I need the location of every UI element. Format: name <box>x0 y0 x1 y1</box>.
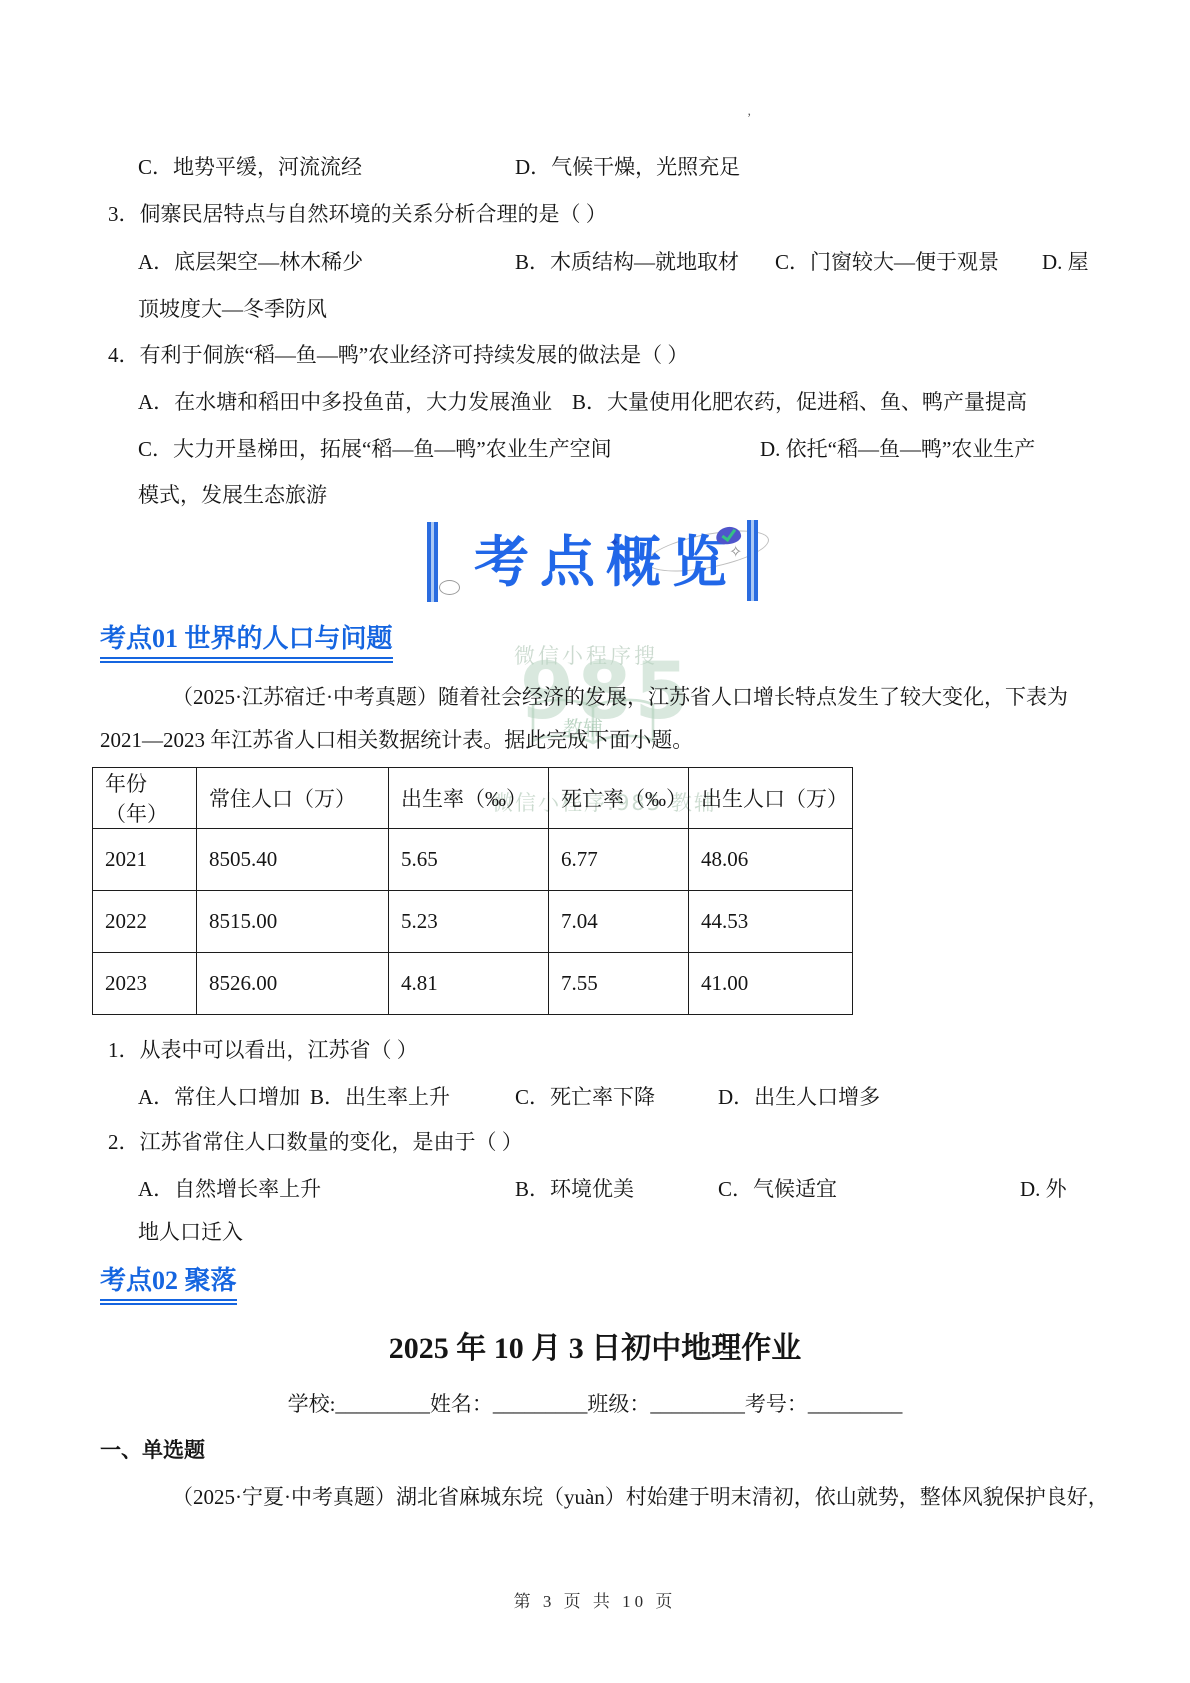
cell-births: 41.00 <box>689 953 853 1015</box>
banner-right-bars <box>747 520 758 601</box>
cell-births: 44.53 <box>689 891 853 953</box>
question-2-option-c: C．气候适宜 <box>718 1177 837 1201</box>
cell-year: 2022 <box>93 891 197 953</box>
col-header-births: 出生人口（万） <box>689 768 853 829</box>
check-icon <box>721 526 736 542</box>
question-4-option-b: B．大量使用化肥农药，促进稻、鱼、鸭产量提高 <box>572 390 1027 414</box>
col-header-birth-rate: 出生率（‰） <box>389 768 549 829</box>
cell-death-rate: 7.04 <box>549 891 689 953</box>
question-4-option-d: D. 依托“稻—鱼—鸭”农业生产 <box>760 437 1035 461</box>
question-4-option-c: C．大力开垦梯田，拓展“稻—鱼—鸭”农业生产空间 <box>138 437 612 461</box>
blue-sparkle-icon: ✦ <box>609 537 620 550</box>
question-2-option-b: B．环境优美 <box>515 1177 634 1201</box>
scan-artifact-mark: ’ <box>747 110 751 126</box>
col-header-death-rate: 死亡率（‰） <box>549 768 689 829</box>
question-3-stem: 3．侗寨民居特点与自然环境的关系分析合理的是（ ） <box>108 202 607 226</box>
table-row-2021: 2021 8505.40 5.65 6.77 48.06 <box>93 829 853 891</box>
question-2-option-d-wrap: 地人口迁入 <box>138 1220 243 1244</box>
question-1-option-b: B．出生率上升 <box>310 1085 450 1109</box>
option-d-climate: D．气候干燥，光照充足 <box>515 155 740 179</box>
homework-fields-line: 学校:_________姓名：_________班级：_________考号：_… <box>0 1392 1190 1416</box>
section-heading-kaodian01: 考点01 世界的人口与问题 <box>100 624 393 659</box>
small-ellipse-decoration <box>439 580 460 595</box>
cell-birth-rate: 5.65 <box>389 829 549 891</box>
cell-year: 2023 <box>93 953 197 1015</box>
kaodian01-intro-line1: （2025·江苏宿迁·中考真题）随着社会经济的发展，江苏省人口增长特点发生了较大… <box>172 685 1068 709</box>
cell-year: 2021 <box>93 829 197 891</box>
banner-title: 考点概览 <box>474 531 738 593</box>
question-3-option-d: D. 屋 <box>1042 250 1089 274</box>
page-footer: 第 3 页 共 10 页 <box>0 1587 1190 1612</box>
exam-document-page: ’ C．地势平缓，河流流经 D．气候干燥，光照充足 3．侗寨民居特点与自然环境的… <box>0 0 1190 1683</box>
question-1-option-a: A．常住人口增加 <box>138 1085 300 1109</box>
table-row-2023: 2023 8526.00 4.81 7.55 41.00 <box>93 953 853 1015</box>
question-3-option-c: C．门窗较大—便于观景 <box>775 250 999 274</box>
cell-death-rate: 6.77 <box>549 829 689 891</box>
cell-death-rate: 7.55 <box>549 953 689 1015</box>
col-header-year: 年份（年） <box>93 768 197 829</box>
section-label-single-choice: 一、单选题 <box>100 1438 205 1462</box>
cell-birth-rate: 4.81 <box>389 953 549 1015</box>
question-3-option-a: A．底层架空—林木稀少 <box>138 250 363 274</box>
question-2-option-d: D. 外 <box>1020 1177 1067 1201</box>
question-1-stem: 1．从表中可以看出，江苏省（ ） <box>108 1038 418 1062</box>
question-2-stem: 2．江苏省常住人口数量的变化，是由于（ ） <box>108 1130 523 1154</box>
section-heading-kaodian02: 考点02 聚落 <box>100 1266 237 1301</box>
sparkle-icon: ✧ <box>729 544 742 560</box>
question-2-option-a: A．自然增长率上升 <box>138 1177 321 1201</box>
kaodian01-intro-line2: 2021—2023 年江苏省人口相关数据统计表。据此完成下面小题。 <box>100 728 693 752</box>
question-4-option-a: A．在水塘和稻田中多投鱼苗，大力发展渔业 <box>138 390 552 414</box>
question-3-option-b: B．木质结构—就地取材 <box>515 250 739 274</box>
cell-resident-population: 8526.00 <box>197 953 389 1015</box>
question-4-stem: 4．有利于侗族“稻—鱼—鸭”农业经济可持续发展的做法是（ ） <box>108 343 688 367</box>
cell-birth-rate: 5.23 <box>389 891 549 953</box>
col-header-resident-population: 常住人口（万） <box>197 768 389 829</box>
cell-resident-population: 8515.00 <box>197 891 389 953</box>
question-1-option-c: C．死亡率下降 <box>515 1085 655 1109</box>
question-3-option-d-wrap: 顶坡度大—冬季防风 <box>138 297 327 321</box>
table-header-row: 年份（年） 常住人口（万） 出生率（‰） 死亡率（‰） 出生人口（万） <box>93 768 853 829</box>
question-1-option-d: D．出生人口增多 <box>718 1085 880 1109</box>
option-c-terrain: C．地势平缓，河流流经 <box>138 155 362 179</box>
homework-title: 2025 年 10 月 3 日初中地理作业 <box>0 1332 1190 1366</box>
homework-intro-paragraph: （2025·宁夏·中考真题）湖北省麻城东垸（yuàn）村始建于明末清初，依山就势… <box>172 1485 1109 1509</box>
cell-resident-population: 8505.40 <box>197 829 389 891</box>
banner-left-bars <box>427 522 438 602</box>
question-4-option-d-wrap: 模式，发展生态旅游 <box>138 483 327 507</box>
population-table: 年份（年） 常住人口（万） 出生率（‰） 死亡率（‰） 出生人口（万） 2021… <box>92 767 853 1015</box>
cell-births: 48.06 <box>689 829 853 891</box>
table-row-2022: 2022 8515.00 5.23 7.04 44.53 <box>93 891 853 953</box>
